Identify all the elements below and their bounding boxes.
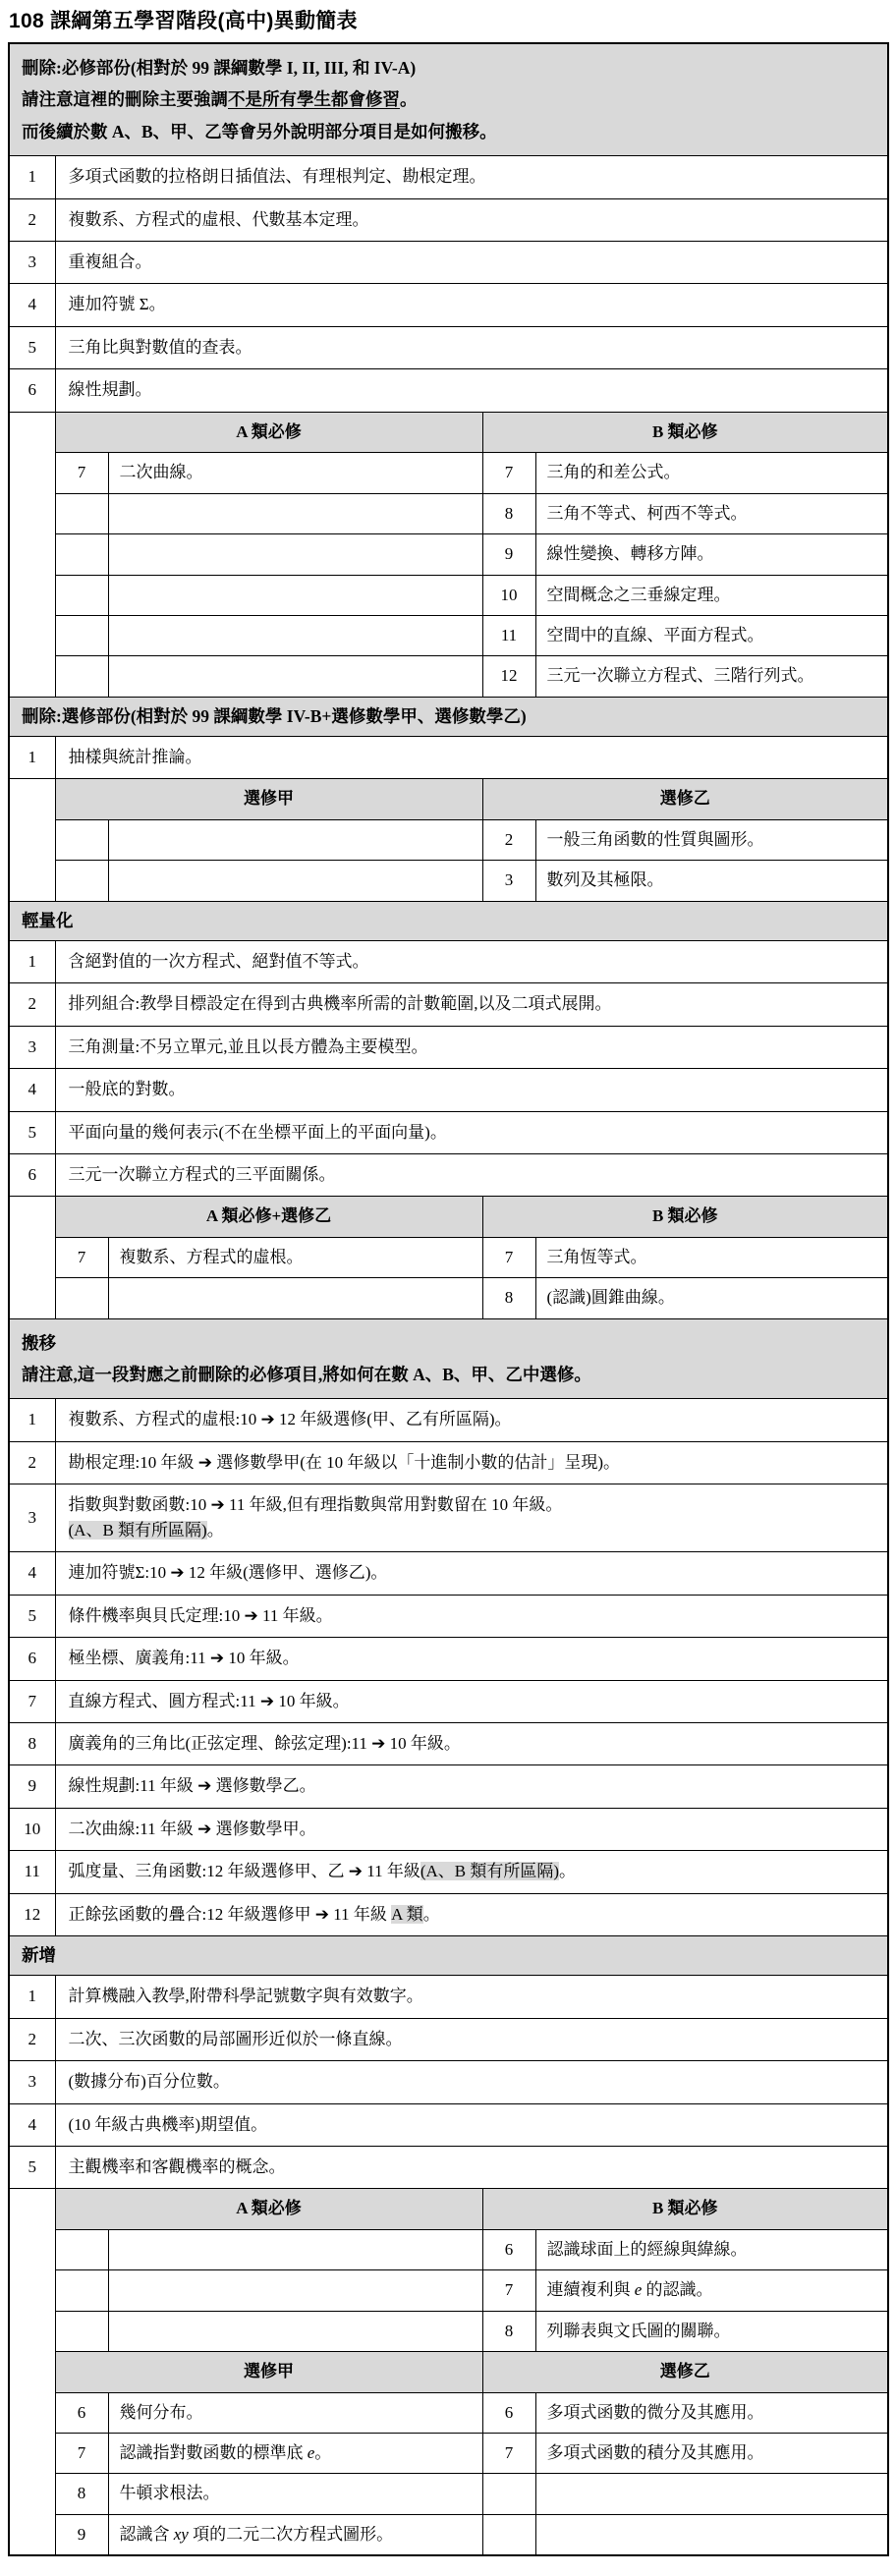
row-number: 2 bbox=[9, 983, 55, 1026]
cell-a-number bbox=[55, 2229, 108, 2269]
row-text: 重複組合。 bbox=[55, 242, 888, 284]
table-row: 12 正餘弦函數的疊合:12 年級選修甲 ➔ 11 年級 A 類。 bbox=[9, 1893, 888, 1935]
underlined-note: 不是所有學生都會修習 bbox=[228, 89, 400, 109]
cell-b-number: 3 bbox=[482, 861, 535, 901]
cell-a-text bbox=[108, 819, 482, 860]
cell-a-text bbox=[108, 575, 482, 615]
row-number: 1 bbox=[9, 1399, 55, 1441]
row-text: 二次曲線:11 年級 ➔ 選修數學甲。 bbox=[55, 1808, 888, 1850]
table-row: 6極坐標、廣義角:11 ➔ 10 年級。 bbox=[9, 1638, 888, 1680]
cell-b-number: 12 bbox=[482, 656, 535, 697]
row-text: 勘根定理:10 年級 ➔ 選修數學甲(在 10 年級以「十進制小數的估計」呈現)… bbox=[55, 1441, 888, 1484]
row-text: (數據分布)百分位數。 bbox=[55, 2061, 888, 2103]
table-row: 3三角測量:不另立單元,並且以長方體為主要模型。 bbox=[9, 1026, 888, 1068]
cell-text-pre: 認識指對數函數的標準底 bbox=[120, 2443, 308, 2462]
cell-b-text: 多項式函數的積分及其應用。 bbox=[535, 2434, 888, 2474]
section-header-line1: 刪除:必修部份(相對於 99 課綱數學 I, II, III, 和 IV-A) bbox=[22, 52, 875, 84]
row-number: 3 bbox=[9, 1026, 55, 1068]
subtable-row: 7連續複利與 e 的認識。 bbox=[9, 2270, 888, 2311]
row-number: 1 bbox=[9, 1976, 55, 2018]
cell-b-number: 11 bbox=[482, 615, 535, 655]
cell-b-number: 2 bbox=[482, 819, 535, 860]
subtable-row: 8列聯表與文氏圖的關聯。 bbox=[9, 2311, 888, 2351]
row-number: 5 bbox=[9, 2146, 55, 2188]
row-text: 複數系、方程式的虛根、代數基本定理。 bbox=[55, 198, 888, 241]
subtable-header-a: A 類必修 bbox=[55, 412, 482, 452]
subtable-header-b: B 類必修 bbox=[482, 2189, 888, 2229]
cell-a-text: 幾何分布。 bbox=[108, 2392, 482, 2433]
table-row: 5條件機率與貝氏定理:10 ➔ 11 年級。 bbox=[9, 1595, 888, 1637]
cell-b-number: 8 bbox=[482, 493, 535, 533]
subtable-row: 11空間中的直線、平面方程式。 bbox=[9, 615, 888, 655]
cell-a-number bbox=[55, 2311, 108, 2351]
cell-b-text: 三元一次聯立方程式、三階行列式。 bbox=[535, 656, 888, 697]
subtable-header-row: A 類必修+選修乙 B 類必修 bbox=[9, 1197, 888, 1237]
cell-a-number: 7 bbox=[55, 2434, 108, 2474]
cell-b-text: 線性變換、轉移方陣。 bbox=[535, 534, 888, 575]
row-number: 4 bbox=[9, 2103, 55, 2146]
row-number: 5 bbox=[9, 326, 55, 368]
row-number: 6 bbox=[9, 1638, 55, 1680]
row-number: 2 bbox=[9, 198, 55, 241]
cell-b-text: 連續複利與 e 的認識。 bbox=[535, 2270, 888, 2311]
subtable-row: 7二次曲線。7三角的和差公式。 bbox=[9, 453, 888, 493]
cell-text-pre: 認識含 bbox=[120, 2525, 174, 2544]
row-number: 6 bbox=[9, 1153, 55, 1196]
row-text: 抽樣與統計推論。 bbox=[55, 736, 888, 778]
row-text: 弧度量、三角函數:12 年級選修甲、乙 ➔ 11 年級(A、B 類有所區隔)。 bbox=[55, 1851, 888, 1893]
table-row: 2排列組合:教學目標設定在得到古典機率所需的計數範圍,以及二項式展開。 bbox=[9, 983, 888, 1026]
row-text-punct: 。 bbox=[423, 1905, 440, 1924]
cell-text-post: 項的二元二次方程式圖形。 bbox=[189, 2525, 393, 2544]
table-row: 1計算機融入教學,附帶科學記號數字與有效數字。 bbox=[9, 1976, 888, 2018]
row-text: 一般底的對數。 bbox=[55, 1069, 888, 1111]
cell-b-number: 7 bbox=[482, 2270, 535, 2311]
row-text: 多項式函數的拉格朗日插值法、有理根判定、勘根定理。 bbox=[55, 156, 888, 198]
table-row: 7直線方程式、圓方程式:11 ➔ 10 年級。 bbox=[9, 1680, 888, 1722]
row-number: 4 bbox=[9, 284, 55, 326]
row-text-pre: 弧度量、三角函數:12 年級選修甲、乙 ➔ 11 年級 bbox=[69, 1862, 420, 1880]
cell-a-number bbox=[55, 493, 108, 533]
cell-a-text bbox=[108, 2229, 482, 2269]
cell-a-text bbox=[108, 861, 482, 901]
section-header-cell: 輕量化 bbox=[9, 901, 888, 940]
row-number: 4 bbox=[9, 1552, 55, 1595]
cell-b-text: 三角不等式、柯西不等式。 bbox=[535, 493, 888, 533]
cell-b-text: 三角的和差公式。 bbox=[535, 453, 888, 493]
cell-b-text: 空間概念之三垂線定理。 bbox=[535, 575, 888, 615]
row-number: 1 bbox=[9, 736, 55, 778]
row-text: 排列組合:教學目標設定在得到古典機率所需的計數範圍,以及二項式展開。 bbox=[55, 983, 888, 1026]
table-row: 4(10 年級古典機率)期望值。 bbox=[9, 2103, 888, 2146]
cell-a-number bbox=[55, 656, 108, 697]
row-text: 三元一次聯立方程式的三平面關係。 bbox=[55, 1153, 888, 1196]
table-row: 2二次、三次函數的局部圖形近似於一條直線。 bbox=[9, 2018, 888, 2060]
page-title: 108 課綱第五學習階段(高中)異動簡表 bbox=[9, 5, 889, 34]
section-header-title: 搬移 bbox=[22, 1327, 875, 1359]
cell-text-pre: 連續複利與 bbox=[547, 2280, 635, 2299]
subtable-header-b: 選修乙 bbox=[482, 779, 888, 819]
main-table: 刪除:必修部份(相對於 99 課綱數學 I, II, III, 和 IV-A) … bbox=[8, 42, 889, 2556]
table-row: 4連加符號 Σ。 bbox=[9, 284, 888, 326]
row-number: 3 bbox=[9, 242, 55, 284]
row-text-punct: 。 bbox=[559, 1862, 576, 1880]
cell-a-text: 認識指對數函數的標準底 e。 bbox=[108, 2434, 482, 2474]
table-row: 1含絕對值的一次方程式、絕對值不等式。 bbox=[9, 940, 888, 982]
table-row: 3(數據分布)百分位數。 bbox=[9, 2061, 888, 2103]
cell-b-text: 列聯表與文氏圖的關聯。 bbox=[535, 2311, 888, 2351]
cell-a-number bbox=[55, 861, 108, 901]
cell-a-number: 7 bbox=[55, 453, 108, 493]
table-row: 1複數系、方程式的虛根:10 ➔ 12 年級選修(甲、乙有所區隔)。 bbox=[9, 1399, 888, 1441]
row-text: (10 年級古典機率)期望值。 bbox=[55, 2103, 888, 2146]
cell-a-text bbox=[108, 493, 482, 533]
cell-a-text bbox=[108, 656, 482, 697]
row-text: 複數系、方程式的虛根:10 ➔ 12 年級選修(甲、乙有所區隔)。 bbox=[55, 1399, 888, 1441]
subtable-header-b: 選修乙 bbox=[482, 2352, 888, 2392]
cell-a-number: 9 bbox=[55, 2514, 108, 2555]
header-note-text: 請注意這裡的刪除主要強調 bbox=[22, 89, 228, 109]
table-row: 4一般底的對數。 bbox=[9, 1069, 888, 1111]
row-text: 平面向量的幾何表示(不在坐標平面上的平面向量)。 bbox=[55, 1111, 888, 1153]
section-header-lightened: 輕量化 bbox=[9, 901, 888, 940]
subtable-row: 8三角不等式、柯西不等式。 bbox=[9, 493, 888, 533]
subtable-header-row: 選修甲 選修乙 bbox=[9, 2352, 888, 2392]
table-row: 4連加符號Σ:10 ➔ 12 年級(選修甲、選修乙)。 bbox=[9, 1552, 888, 1595]
table-row: 2勘根定理:10 年級 ➔ 選修數學甲(在 10 年級以「十進制小數的估計」呈現… bbox=[9, 1441, 888, 1484]
row-text: 線性規劃:11 年級 ➔ 選修數學乙。 bbox=[55, 1765, 888, 1808]
highlighted-note: A 類 bbox=[391, 1905, 423, 1924]
cell-a-text: 認識含 xy 項的二元二次方程式圖形。 bbox=[108, 2514, 482, 2555]
row-number: 2 bbox=[9, 2018, 55, 2060]
row-number: 5 bbox=[9, 1111, 55, 1153]
table-row: 5主觀機率和客觀機率的概念。 bbox=[9, 2146, 888, 2188]
row-number: 1 bbox=[9, 156, 55, 198]
row-number: 1 bbox=[9, 940, 55, 982]
cell-b-text: 空間中的直線、平面方程式。 bbox=[535, 615, 888, 655]
table-row: 8廣義角的三角比(正弦定理、餘弦定理):11 ➔ 10 年級。 bbox=[9, 1722, 888, 1764]
section-header-cell: 新增 bbox=[9, 1936, 888, 1976]
document-page: 108 課綱第五學習階段(高中)異動簡表 刪除:必修部份(相對於 99 課綱數學… bbox=[0, 0, 896, 2564]
subtable-header-row: A 類必修 B 類必修 bbox=[9, 2189, 888, 2229]
row-text: 廣義角的三角比(正弦定理、餘弦定理):11 ➔ 10 年級。 bbox=[55, 1722, 888, 1764]
table-row: 11 弧度量、三角函數:12 年級選修甲、乙 ➔ 11 年級(A、B 類有所區隔… bbox=[9, 1851, 888, 1893]
row-text-line1: 指數與對數函數:10 ➔ 11 年級,但有理指數與常用對數留在 10 年級。 bbox=[69, 1494, 875, 1516]
subtable-header-b: B 類必修 bbox=[482, 412, 888, 452]
row-number: 12 bbox=[9, 1893, 55, 1935]
row-text: 三角測量:不另立單元,並且以長方體為主要模型。 bbox=[55, 1026, 888, 1068]
subtable-row: 12三元一次聯立方程式、三階行列式。 bbox=[9, 656, 888, 697]
cell-b-text: (認識)圓錐曲線。 bbox=[535, 1278, 888, 1318]
row-text: 線性規劃。 bbox=[55, 369, 888, 412]
cell-b-number: 6 bbox=[482, 2392, 535, 2433]
row-text: 條件機率與貝氏定理:10 ➔ 11 年級。 bbox=[55, 1595, 888, 1637]
row-text-line2: (A、B 類有所區隔)。 bbox=[69, 1520, 875, 1541]
section-header-line3: 而後續於數 A、B、甲、乙等會另外說明部分項目是如何搬移。 bbox=[22, 116, 875, 147]
subtable-row: 6幾何分布。6多項式函數的微分及其應用。 bbox=[9, 2392, 888, 2433]
section-header-del-elective: 刪除:選修部份(相對於 99 課綱數學 IV-B+選修數學甲、選修數學乙) bbox=[9, 697, 888, 736]
row-text: 計算機融入教學,附帶科學記號數字與有效數字。 bbox=[55, 1976, 888, 2018]
header-note-punct: 。 bbox=[400, 89, 418, 109]
row-number: 9 bbox=[9, 1765, 55, 1808]
subtable-header-a: A 類必修 bbox=[55, 2189, 482, 2229]
cell-b-number: 9 bbox=[482, 534, 535, 575]
table-row: 1抽樣與統計推論。 bbox=[9, 736, 888, 778]
subtable-row: 8(認識)圓錐曲線。 bbox=[9, 1278, 888, 1318]
cell-a-number bbox=[55, 615, 108, 655]
subtable-header-row: A 類必修 B 類必修 bbox=[9, 412, 888, 452]
subtable-row: 3數列及其極限。 bbox=[9, 861, 888, 901]
cell-a-number bbox=[55, 1278, 108, 1318]
row-text: 正餘弦函數的疊合:12 年級選修甲 ➔ 11 年級 A 類。 bbox=[55, 1893, 888, 1935]
section-header-note: 請注意,這一段對應之前刪除的必修項目,將如何在數 A、B、甲、乙中選修。 bbox=[22, 1359, 875, 1390]
section-header-cell: 刪除:選修部份(相對於 99 課綱數學 IV-B+選修數學甲、選修數學乙) bbox=[9, 697, 888, 736]
subtable-header-a: 選修甲 bbox=[55, 2352, 482, 2392]
cell-b-text bbox=[535, 2474, 888, 2514]
spacer-cell bbox=[9, 412, 55, 697]
row-number: 7 bbox=[9, 1680, 55, 1722]
row-number: 3 bbox=[9, 1484, 55, 1552]
row-text: 連加符號Σ:10 ➔ 12 年級(選修甲、選修乙)。 bbox=[55, 1552, 888, 1595]
cell-b-text: 數列及其極限。 bbox=[535, 861, 888, 901]
cell-b-text: 多項式函數的微分及其應用。 bbox=[535, 2392, 888, 2433]
table-row: 6線性規劃。 bbox=[9, 369, 888, 412]
highlighted-note: (A、B 類有所區隔) bbox=[420, 1862, 559, 1880]
subtable-row: 9認識含 xy 項的二元二次方程式圖形。 bbox=[9, 2514, 888, 2555]
row-text-pre: 正餘弦函數的疊合:12 年級選修甲 ➔ 11 年級 bbox=[69, 1905, 392, 1924]
cell-a-number bbox=[55, 2270, 108, 2311]
subtable-header-a: 選修甲 bbox=[55, 779, 482, 819]
table-row: 3 指數與對數函數:10 ➔ 11 年級,但有理指數與常用對數留在 10 年級。… bbox=[9, 1484, 888, 1552]
highlighted-note: (A、B 類有所區隔) bbox=[69, 1521, 207, 1540]
subtable-header-a: A 類必修+選修乙 bbox=[55, 1197, 482, 1237]
spacer-cell bbox=[9, 1197, 55, 1318]
cell-b-number bbox=[482, 2514, 535, 2555]
row-text: 含絕對值的一次方程式、絕對值不等式。 bbox=[55, 940, 888, 982]
row-text: 直線方程式、圓方程式:11 ➔ 10 年級。 bbox=[55, 1680, 888, 1722]
row-number: 3 bbox=[9, 2061, 55, 2103]
row-text: 指數與對數函數:10 ➔ 11 年級,但有理指數與常用對數留在 10 年級。 (… bbox=[55, 1484, 888, 1552]
cell-b-text: 一般三角函數的性質與圖形。 bbox=[535, 819, 888, 860]
cell-b-number: 6 bbox=[482, 2229, 535, 2269]
cell-b-number: 8 bbox=[482, 1278, 535, 1318]
cell-b-number: 7 bbox=[482, 1237, 535, 1277]
row-text-punct: 。 bbox=[207, 1521, 224, 1540]
cell-a-text bbox=[108, 615, 482, 655]
section-header-added: 新增 bbox=[9, 1936, 888, 1976]
table-row: 5三角比與對數值的查表。 bbox=[9, 326, 888, 368]
subtable-header-b: B 類必修 bbox=[482, 1197, 888, 1237]
italic-symbol: xy bbox=[174, 2525, 189, 2544]
section-header-cell: 搬移 請注意,這一段對應之前刪除的必修項目,將如何在數 A、B、甲、乙中選修。 bbox=[9, 1318, 888, 1399]
row-number: 10 bbox=[9, 1808, 55, 1850]
cell-a-number bbox=[55, 819, 108, 860]
cell-b-number bbox=[482, 2474, 535, 2514]
subtable-row: 7複數系、方程式的虛根。7三角恆等式。 bbox=[9, 1237, 888, 1277]
cell-a-number bbox=[55, 575, 108, 615]
section-header-moved: 搬移 請注意,這一段對應之前刪除的必修項目,將如何在數 A、B、甲、乙中選修。 bbox=[9, 1318, 888, 1399]
subtable-row: 6認識球面上的經線與緯線。 bbox=[9, 2229, 888, 2269]
table-row: 2複數系、方程式的虛根、代數基本定理。 bbox=[9, 198, 888, 241]
table-row: 1多項式函數的拉格朗日插值法、有理根判定、勘根定理。 bbox=[9, 156, 888, 198]
cell-a-text bbox=[108, 1278, 482, 1318]
table-row: 9線性規劃:11 年級 ➔ 選修數學乙。 bbox=[9, 1765, 888, 1808]
subtable-row: 8牛頓求根法。 bbox=[9, 2474, 888, 2514]
cell-a-text bbox=[108, 2311, 482, 2351]
row-text: 二次、三次函數的局部圖形近似於一條直線。 bbox=[55, 2018, 888, 2060]
section-header-line2: 請注意這裡的刪除主要強調不是所有學生都會修習。 bbox=[22, 84, 875, 115]
subtable-row: 2一般三角函數的性質與圖形。 bbox=[9, 819, 888, 860]
row-number: 2 bbox=[9, 1441, 55, 1484]
subtable-row: 7認識指對數函數的標準底 e。7多項式函數的積分及其應用。 bbox=[9, 2434, 888, 2474]
cell-b-text: 認識球面上的經線與緯線。 bbox=[535, 2229, 888, 2269]
cell-text-post: 的認識。 bbox=[642, 2280, 712, 2299]
row-text: 連加符號 Σ。 bbox=[55, 284, 888, 326]
subtable-row: 9線性變換、轉移方陣。 bbox=[9, 534, 888, 575]
table-row: 3重複組合。 bbox=[9, 242, 888, 284]
table-row: 5平面向量的幾何表示(不在坐標平面上的平面向量)。 bbox=[9, 1111, 888, 1153]
cell-a-text: 牛頓求根法。 bbox=[108, 2474, 482, 2514]
section-header-cell: 刪除:必修部份(相對於 99 課綱數學 I, II, III, 和 IV-A) … bbox=[9, 43, 888, 156]
row-number: 11 bbox=[9, 1851, 55, 1893]
cell-a-number: 7 bbox=[55, 1237, 108, 1277]
cell-b-number: 8 bbox=[482, 2311, 535, 2351]
spacer-cell bbox=[9, 2189, 55, 2555]
cell-a-number bbox=[55, 534, 108, 575]
cell-b-text: 三角恆等式。 bbox=[535, 1237, 888, 1277]
row-number: 5 bbox=[9, 1595, 55, 1637]
cell-text-post: 。 bbox=[314, 2443, 331, 2462]
subtable-header-row: 選修甲 選修乙 bbox=[9, 779, 888, 819]
table-row: 10二次曲線:11 年級 ➔ 選修數學甲。 bbox=[9, 1808, 888, 1850]
section-header-del-required: 刪除:必修部份(相對於 99 課綱數學 I, II, III, 和 IV-A) … bbox=[9, 43, 888, 156]
row-number: 8 bbox=[9, 1722, 55, 1764]
row-text: 極坐標、廣義角:11 ➔ 10 年級。 bbox=[55, 1638, 888, 1680]
cell-b-text bbox=[535, 2514, 888, 2555]
spacer-cell bbox=[9, 779, 55, 901]
subtable-row: 10空間概念之三垂線定理。 bbox=[9, 575, 888, 615]
cell-a-text: 二次曲線。 bbox=[108, 453, 482, 493]
cell-a-text bbox=[108, 2270, 482, 2311]
cell-a-number: 8 bbox=[55, 2474, 108, 2514]
cell-b-number: 10 bbox=[482, 575, 535, 615]
cell-a-text bbox=[108, 534, 482, 575]
row-text: 主觀機率和客觀機率的概念。 bbox=[55, 2146, 888, 2188]
cell-a-text: 複數系、方程式的虛根。 bbox=[108, 1237, 482, 1277]
cell-b-number: 7 bbox=[482, 453, 535, 493]
row-number: 4 bbox=[9, 1069, 55, 1111]
row-number: 6 bbox=[9, 369, 55, 412]
row-text: 三角比與對數值的查表。 bbox=[55, 326, 888, 368]
cell-b-number: 7 bbox=[482, 2434, 535, 2474]
cell-a-number: 6 bbox=[55, 2392, 108, 2433]
table-row: 6三元一次聯立方程式的三平面關係。 bbox=[9, 1153, 888, 1196]
